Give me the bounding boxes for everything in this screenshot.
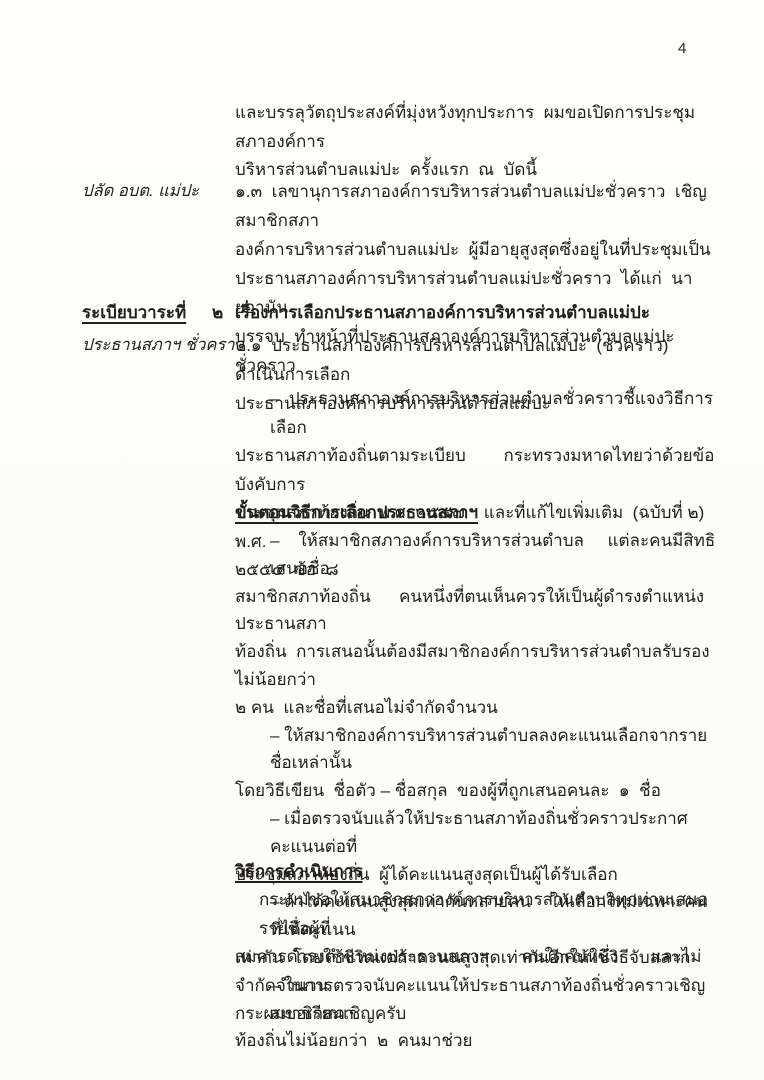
text-line: – ให้สมาชิกสภาองค์การบริหารส่วนตำบล แต่ล… [235,527,717,583]
agenda-item-number: ๒ [212,299,223,328]
text-line: สมาชิกสภาท้องถิ่น คนหนึ่งที่ตนเห็นควรให้… [235,583,717,639]
text-line: โดยวิธีเขียน ชื่อตัว – ชื่อสกุล ของผู้ที… [235,777,717,805]
document-page: 4 และบรรลุวัตถุประสงค์ที่มุ่งหวังทุกประก… [0,0,764,1080]
text-line: สมควรดำรงตำแหน่งประธานสภาฯ คนใดคนหนึ่ง แ… [235,943,717,1000]
margin-label-chairman: ประธานสภาฯ ชั่วคราว [82,331,232,360]
text-line: ท้องถิ่น การเสนอนั้นต้องมีสมาชิกองค์การบ… [235,638,717,694]
margin-label-clerk: ปลัด อบต. แม่ปะ [82,177,232,206]
text-line: – ให้สมาชิกองค์การบริหารส่วนตำบลลงคะแนนเ… [235,722,717,778]
text-line: องค์การบริหารส่วนตำบลแม่ปะ ผู้มีอายุสูงส… [235,235,717,264]
text-line: – เมื่อตรวจนับแล้วให้ประธานสภาท้องถิ่นชั… [235,805,717,861]
text-line: ท้องถิ่นไม่น้อยกว่า ๒ คนมาช่วย [235,1027,717,1055]
text-line: กระผมขอเรียนเชิญครับ [235,1000,717,1029]
text-line: และบรรลุวัตถุประสงค์ที่มุ่งหวังทุกประการ… [235,99,717,156]
text-line: กระผมขอให้สมาชิกสภาองค์การบริหารส่วนตำบล… [235,886,717,943]
section-heading-election-steps: ขั้นตอนวิธีการเลือกประธานสภาฯ [235,499,478,528]
text-line: – ประธานสภาองค์การบริหารส่วนตำบลชั่วคราว… [235,385,717,442]
paragraph-closing: กระผมขอให้สมาชิกสภาองค์การบริหารส่วนตำบล… [235,886,717,1029]
text-line: ๒ คน และชื่อที่เสนอไม่จำกัดจำนวน [235,694,717,722]
section-heading-procedure: วิธีการดำเนินการ [235,858,363,887]
page-number: 4 [678,40,686,57]
paragraph-opening: และบรรลุวัตถุประสงค์ที่มุ่งหวังทุกประการ… [235,99,717,185]
text-line: ๑.๓ เลขานุการสภาองค์การบริหารส่วนตำบลแม่… [235,177,717,235]
text-line: ประธานสภาท้องถิ่นตามระเบียบ กระทรวงมหาดไ… [235,442,717,499]
agenda-item-title: เรื่องการเลือกประธานสภาองค์การบริหารส่วน… [235,299,717,328]
text-line: ๒.๑ ประธานสภาองค์การบริหารส่วนตำบลแม่ปะ … [235,331,717,389]
agenda-item-label: ระเบียบวาระที่ [82,299,186,328]
